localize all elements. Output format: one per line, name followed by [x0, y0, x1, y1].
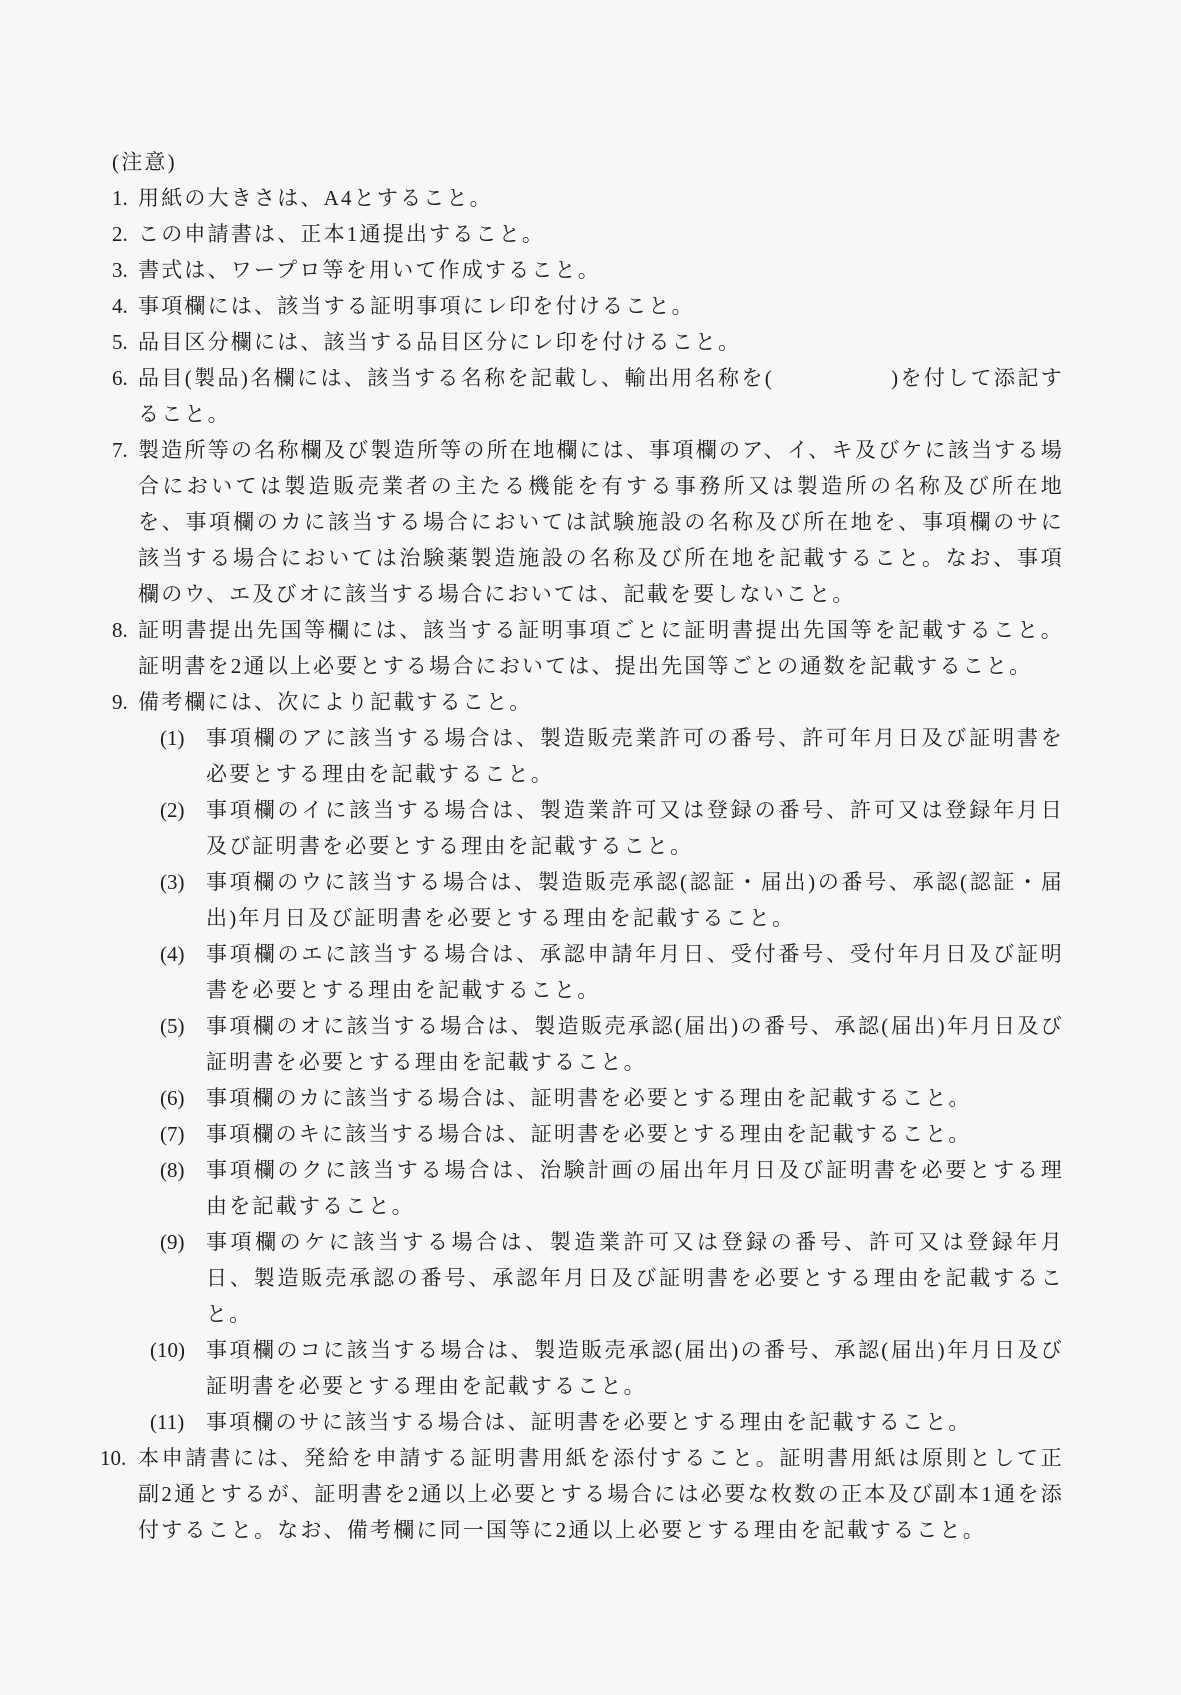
- item-text: 製造所等の名称欄及び製造所等の所在地欄には、事項欄のア、イ、キ及びケに該当する場…: [138, 432, 1064, 612]
- subitem-text: 事項欄のケに該当する場合は、製造業許可又は登録の番号、許可又は登録年月日、製造販…: [206, 1224, 1064, 1332]
- item-text: 本申請書には、発給を申請する証明書用紙を添付すること。証明書用紙は原則として正副…: [138, 1440, 1064, 1548]
- item-number: 7.: [112, 432, 138, 468]
- subitem-number: (5): [160, 1008, 206, 1044]
- note-item-10: 10. 本申請書には、発給を申請する証明書用紙を添付すること。証明書用紙は原則と…: [112, 1440, 1064, 1548]
- subitem-text: 事項欄のカに該当する場合は、証明書を必要とする理由を記載すること。: [206, 1080, 1064, 1116]
- subitem-number: (4): [160, 936, 206, 972]
- item-number: 8.: [112, 612, 138, 648]
- item-number: 10.: [100, 1440, 138, 1476]
- document-page: (注意) 1. 用紙の大きさは、A4とすること。 2. この申請書は、正本1通提…: [0, 0, 1181, 1695]
- note-subitem-10: (10) 事項欄のコに該当する場合は、製造販売承認(届出)の番号、承認(届出)年…: [160, 1332, 1064, 1404]
- item-number: 6.: [112, 360, 138, 396]
- subitem-text: 事項欄のキに該当する場合は、証明書を必要とする理由を記載すること。: [206, 1116, 1064, 1152]
- note-subitem-5: (5) 事項欄のオに該当する場合は、製造販売承認(届出)の番号、承認(届出)年月…: [160, 1008, 1064, 1080]
- note-subitem-2: (2) 事項欄のイに該当する場合は、製造業許可又は登録の番号、許可又は登録年月日…: [160, 792, 1064, 864]
- subitem-text: 事項欄のアに該当する場合は、製造販売業許可の番号、許可年月日及び証明書を必要とす…: [206, 720, 1064, 792]
- item-text: 証明書提出先国等欄には、該当する証明事項ごとに証明書提出先国等を記載すること。証…: [138, 612, 1064, 684]
- subitem-number: (10): [150, 1332, 206, 1368]
- note-item-7: 7. 製造所等の名称欄及び製造所等の所在地欄には、事項欄のア、イ、キ及びケに該当…: [112, 432, 1064, 612]
- item-text: 用紙の大きさは、A4とすること。: [138, 180, 1064, 216]
- note-subitem-9: (9) 事項欄のケに該当する場合は、製造業許可又は登録の番号、許可又は登録年月日…: [160, 1224, 1064, 1332]
- subitem-text: 事項欄のクに該当する場合は、治験計画の届出年月日及び証明書を必要とする理由を記載…: [206, 1152, 1064, 1224]
- note-item-1: 1. 用紙の大きさは、A4とすること。: [112, 180, 1064, 216]
- note-item-6: 6. 品目(製品)名欄には、該当する名称を記載し、輸出用名称を( )を付して添記…: [112, 360, 1064, 432]
- subitem-number: (8): [160, 1152, 206, 1188]
- subitem-number: (3): [160, 864, 206, 900]
- subitem-text: 事項欄のオに該当する場合は、製造販売承認(届出)の番号、承認(届出)年月日及び証…: [206, 1008, 1064, 1080]
- subitem-number: (7): [160, 1116, 206, 1152]
- subitem-text: 事項欄のサに該当する場合は、証明書を必要とする理由を記載すること。: [206, 1404, 1064, 1440]
- subitem-number: (1): [160, 720, 206, 756]
- item-text: 品目(製品)名欄には、該当する名称を記載し、輸出用名称を( )を付して添記するこ…: [138, 360, 1064, 432]
- note-item-9-sublist: (1) 事項欄のアに該当する場合は、製造販売業許可の番号、許可年月日及び証明書を…: [112, 720, 1064, 1440]
- item-number: 1.: [112, 180, 138, 216]
- subitem-number: (2): [160, 792, 206, 828]
- item-number: 2.: [112, 216, 138, 252]
- note-subitem-7: (7) 事項欄のキに該当する場合は、証明書を必要とする理由を記載すること。: [160, 1116, 1064, 1152]
- note-subitem-8: (8) 事項欄のクに該当する場合は、治験計画の届出年月日及び証明書を必要とする理…: [160, 1152, 1064, 1224]
- item-number: 9.: [112, 684, 138, 720]
- item-text: 備考欄には、次により記載すること。: [138, 684, 1064, 720]
- note-subitem-4: (4) 事項欄のエに該当する場合は、承認申請年月日、受付番号、受付年月日及び証明…: [160, 936, 1064, 1008]
- subitem-text: 事項欄のウに該当する場合は、製造販売承認(認証・届出)の番号、承認(認証・届出)…: [206, 864, 1064, 936]
- note-item-2: 2. この申請書は、正本1通提出すること。: [112, 216, 1064, 252]
- note-subitem-6: (6) 事項欄のカに該当する場合は、証明書を必要とする理由を記載すること。: [160, 1080, 1064, 1116]
- item-text: 書式は、ワープロ等を用いて作成すること。: [138, 252, 1064, 288]
- item-number: 3.: [112, 252, 138, 288]
- subitem-number: (6): [160, 1080, 206, 1116]
- subitem-text: 事項欄のコに該当する場合は、製造販売承認(届出)の番号、承認(届出)年月日及び証…: [206, 1332, 1064, 1404]
- item-number: 5.: [112, 324, 138, 360]
- item-text: この申請書は、正本1通提出すること。: [138, 216, 1064, 252]
- note-item-3: 3. 書式は、ワープロ等を用いて作成すること。: [112, 252, 1064, 288]
- subitem-number: (9): [160, 1224, 206, 1260]
- item-text: 品目区分欄には、該当する品目区分にレ印を付けること。: [138, 324, 1064, 360]
- subitem-number: (11): [150, 1404, 206, 1440]
- notes-section: (注意) 1. 用紙の大きさは、A4とすること。 2. この申請書は、正本1通提…: [112, 144, 1064, 1548]
- item-text: 事項欄には、該当する証明事項にレ印を付けること。: [138, 288, 1064, 324]
- note-item-8: 8. 証明書提出先国等欄には、該当する証明事項ごとに証明書提出先国等を記載するこ…: [112, 612, 1064, 684]
- note-subitem-11: (11) 事項欄のサに該当する場合は、証明書を必要とする理由を記載すること。: [160, 1404, 1064, 1440]
- note-item-9: 9. 備考欄には、次により記載すること。: [112, 684, 1064, 720]
- note-subitem-3: (3) 事項欄のウに該当する場合は、製造販売承認(認証・届出)の番号、承認(認証…: [160, 864, 1064, 936]
- notes-header: (注意): [112, 144, 1064, 180]
- item-number: 4.: [112, 288, 138, 324]
- note-subitem-1: (1) 事項欄のアに該当する場合は、製造販売業許可の番号、許可年月日及び証明書を…: [160, 720, 1064, 792]
- note-item-5: 5. 品目区分欄には、該当する品目区分にレ印を付けること。: [112, 324, 1064, 360]
- subitem-text: 事項欄のイに該当する場合は、製造業許可又は登録の番号、許可又は登録年月日及び証明…: [206, 792, 1064, 864]
- subitem-text: 事項欄のエに該当する場合は、承認申請年月日、受付番号、受付年月日及び証明書を必要…: [206, 936, 1064, 1008]
- note-item-4: 4. 事項欄には、該当する証明事項にレ印を付けること。: [112, 288, 1064, 324]
